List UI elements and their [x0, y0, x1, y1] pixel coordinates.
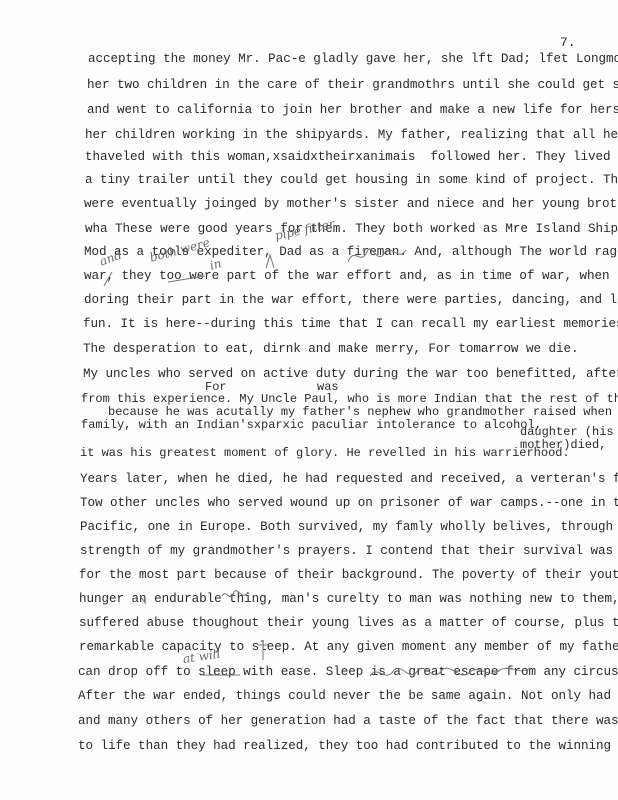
document-page: 7. accepting the money Mr. Pac-e gladly … [0, 0, 618, 800]
handwritten-scribble-icon [0, 0, 618, 800]
